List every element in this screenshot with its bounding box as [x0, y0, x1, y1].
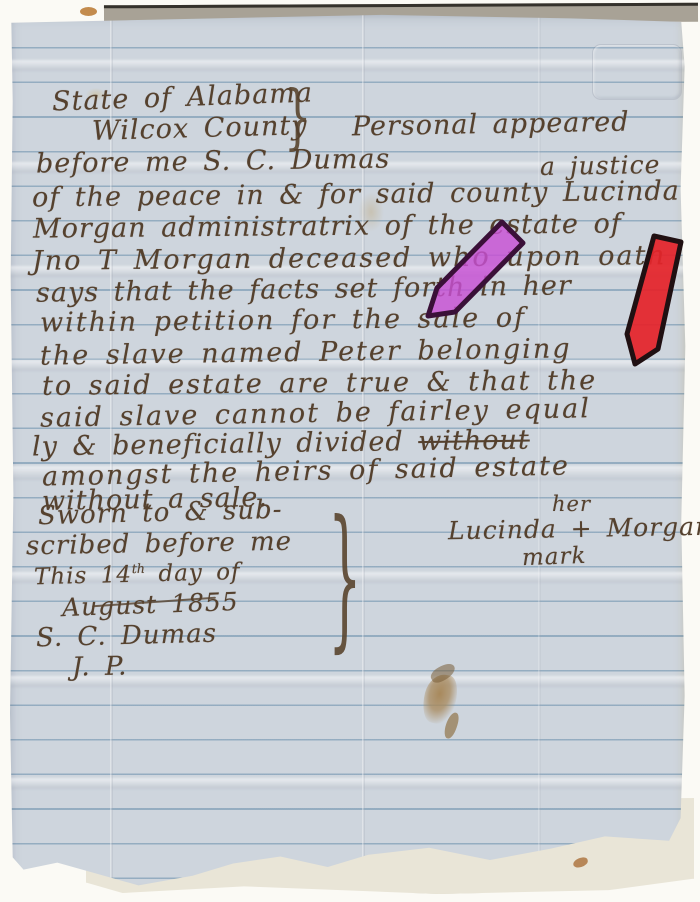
top-edge-stain [80, 7, 97, 16]
attestation-brace: } [328, 486, 362, 667]
attest-line-1: Sworn to & sub- [38, 495, 283, 531]
backing-speck [679, 881, 684, 886]
signature-her: her [552, 492, 591, 516]
backing-stain [572, 856, 589, 869]
doc-line-body5: within petition for the sale of [40, 302, 526, 338]
doc-line-before: before me S. C. Dumas [36, 144, 391, 180]
scanned-document-page: State of Alabama } Wilcox County Persona… [0, 0, 700, 902]
signature-mark: mark [522, 543, 587, 571]
attest-line-2: scribed before me [26, 527, 292, 562]
attest-line-6: J. P. [72, 652, 128, 683]
signature-name: Lucinda + Morgan [448, 512, 700, 546]
doc-line-body2: Morgan administratrix of the estate of [33, 208, 622, 244]
attest-line-5: S. C. Dumas [36, 619, 218, 654]
attest-date-ordinal: th [132, 561, 146, 576]
embossed-seal [592, 44, 682, 100]
attest-date-pre: This 14 [34, 562, 133, 591]
attest-date-post: day of [145, 559, 241, 587]
doc-line-county: Wilcox County [92, 110, 308, 147]
doc-line-appeared: Personal appeared [352, 107, 630, 143]
attest-line-4: August 1855 [62, 587, 240, 622]
attest-line-3: This 14th day of [34, 558, 241, 590]
